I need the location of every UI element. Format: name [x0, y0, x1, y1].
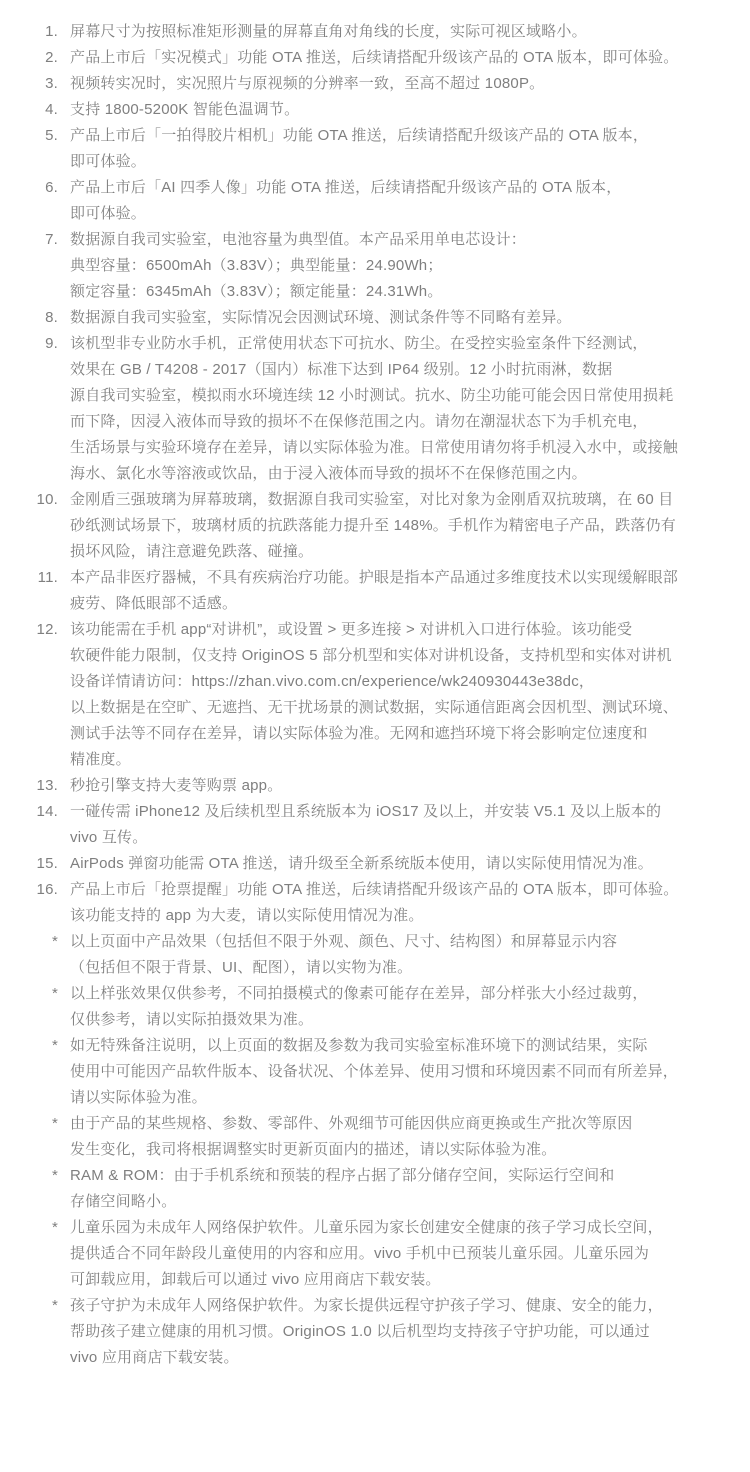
footnote-marker: 14. — [0, 799, 58, 825]
footnote-item: 14.一碰传需 iPhone12 及后续机型且系统版本为 iOS17 及以上，并… — [0, 799, 724, 851]
footnote-marker: 2. — [0, 45, 58, 71]
footnote-text: 支持 1800-5200K 智能色温调节。 — [70, 97, 718, 123]
footnote-marker: * — [0, 981, 58, 1007]
footnote-item: 3.视频转实况时，实况照片与原视频的分辨率一致，至高不超过 1080P。 — [0, 71, 724, 97]
footnote-text: 由于产品的某些规格、参数、零部件、外观细节可能因供应商更换或生产批次等原因 发生… — [70, 1111, 718, 1163]
footnote-marker: 12. — [0, 617, 58, 643]
footnote-item: 16.产品上市后「抢票提醒」功能 OTA 推送，后续请搭配升级该产品的 OTA … — [0, 877, 724, 929]
footnote-marker: 9. — [0, 331, 58, 357]
footnote-item: 8.数据源自我司实验室，实际情况会因测试环境、测试条件等不同略有差异。 — [0, 305, 724, 331]
footnote-marker: 15. — [0, 851, 58, 877]
footnote-text: 数据源自我司实验室，实际情况会因测试环境、测试条件等不同略有差异。 — [70, 305, 718, 331]
footnote-marker: * — [0, 1111, 58, 1137]
footnote-marker: * — [0, 1033, 58, 1059]
footnote-text: 以上页面中产品效果（包括但不限于外观、颜色、尺寸、结构图）和屏幕显示内容 （包括… — [70, 929, 718, 981]
footnote-text: 本产品非医疗器械，不具有疾病治疗功能。护眼是指本产品通过多维度技术以实现缓解眼部… — [70, 565, 718, 617]
footnote-item: 13.秒抢引擎支持大麦等购票 app。 — [0, 773, 724, 799]
footnote-text: 以上样张效果仅供参考，不同拍摄模式的像素可能存在差异，部分样张大小经过裁剪， 仅… — [70, 981, 718, 1033]
footnote-marker: 11. — [0, 565, 58, 591]
footnote-item: 6.产品上市后「AI 四季人像」功能 OTA 推送，后续请搭配升级该产品的 OT… — [0, 175, 724, 227]
footnote-text: 秒抢引擎支持大麦等购票 app。 — [70, 773, 718, 799]
footnote-marker: * — [0, 929, 58, 955]
footnote-marker: 4. — [0, 97, 58, 123]
footnote-text: 孩子守护为未成年人网络保护软件。为家长提供远程守护孩子学习、健康、安全的能力， … — [70, 1293, 718, 1371]
footnote-item: 9.该机型非专业防水手机，正常使用状态下可抗水、防尘。在受控实验室条件下经测试，… — [0, 331, 724, 487]
footnote-marker: 6. — [0, 175, 58, 201]
footnote-text: AirPods 弹窗功能需 OTA 推送，请升级至全新系统版本使用，请以实际使用… — [70, 851, 718, 877]
footnote-marker: 7. — [0, 227, 58, 253]
footnote-marker: * — [0, 1163, 58, 1189]
footnote-marker: 1. — [0, 19, 58, 45]
footnote-marker: 5. — [0, 123, 58, 149]
footnote-marker: 3. — [0, 71, 58, 97]
footnote-text: 屏幕尺寸为按照标准矩形测量的屏幕直角对角线的长度，实际可视区域略小。 — [70, 19, 718, 45]
footnote-item: 10.金刚盾三强玻璃为屏幕玻璃，数据源自我司实验室，对比对象为金刚盾双抗玻璃，在… — [0, 487, 724, 565]
footnote-text: 该功能需在手机 app“对讲机”，或设置 > 更多连接 > 对讲机入口进行体验。… — [70, 617, 718, 773]
footnote-text: 儿童乐园为未成年人网络保护软件。儿童乐园为家长创建安全健康的孩子学习成长空间， … — [70, 1215, 718, 1293]
footnote-marker: 8. — [0, 305, 58, 331]
footnote-item: 2.产品上市后「实况模式」功能 OTA 推送，后续请搭配升级该产品的 OTA 版… — [0, 45, 724, 71]
disclaimer-page: 1.屏幕尺寸为按照标准矩形测量的屏幕直角对角线的长度，实际可视区域略小。2.产品… — [0, 0, 750, 1472]
footnote-item: *由于产品的某些规格、参数、零部件、外观细节可能因供应商更换或生产批次等原因 发… — [0, 1111, 724, 1163]
footnote-text: 数据源自我司实验室，电池容量为典型值。本产品采用单电芯设计： 典型容量：6500… — [70, 227, 718, 305]
footnote-item: 11.本产品非医疗器械，不具有疾病治疗功能。护眼是指本产品通过多维度技术以实现缓… — [0, 565, 724, 617]
footnote-text: 产品上市后「一拍得胶片相机」功能 OTA 推送，后续请搭配升级该产品的 OTA … — [70, 123, 718, 175]
footnote-item: *如无特殊备注说明，以上页面的数据及参数为我司实验室标准环境下的测试结果，实际 … — [0, 1033, 724, 1111]
footnote-text: 视频转实况时，实况照片与原视频的分辨率一致，至高不超过 1080P。 — [70, 71, 718, 97]
footnote-item: 5.产品上市后「一拍得胶片相机」功能 OTA 推送，后续请搭配升级该产品的 OT… — [0, 123, 724, 175]
footnote-marker: * — [0, 1215, 58, 1241]
footnote-item: 1.屏幕尺寸为按照标准矩形测量的屏幕直角对角线的长度，实际可视区域略小。 — [0, 19, 724, 45]
footnote-item: *孩子守护为未成年人网络保护软件。为家长提供远程守护孩子学习、健康、安全的能力，… — [0, 1293, 724, 1371]
footnote-item: *RAM & ROM：由于手机系统和预装的程序占据了部分储存空间，实际运行空间和… — [0, 1163, 724, 1215]
footnote-item: *儿童乐园为未成年人网络保护软件。儿童乐园为家长创建安全健康的孩子学习成长空间，… — [0, 1215, 724, 1293]
footnote-text: 该机型非专业防水手机，正常使用状态下可抗水、防尘。在受控实验室条件下经测试， 效… — [70, 331, 718, 487]
footnote-text: 产品上市后「抢票提醒」功能 OTA 推送，后续请搭配升级该产品的 OTA 版本，… — [70, 877, 718, 929]
footnote-text: 金刚盾三强玻璃为屏幕玻璃，数据源自我司实验室，对比对象为金刚盾双抗玻璃，在 60… — [70, 487, 718, 565]
footnote-item: 12.该功能需在手机 app“对讲机”，或设置 > 更多连接 > 对讲机入口进行… — [0, 617, 724, 773]
footnote-item: 4.支持 1800-5200K 智能色温调节。 — [0, 97, 724, 123]
footnote-text: 一碰传需 iPhone12 及后续机型且系统版本为 iOS17 及以上，并安装 … — [70, 799, 718, 851]
footnote-item: *以上样张效果仅供参考，不同拍摄模式的像素可能存在差异，部分样张大小经过裁剪， … — [0, 981, 724, 1033]
footnote-marker: 16. — [0, 877, 58, 903]
footnote-text: 产品上市后「实况模式」功能 OTA 推送，后续请搭配升级该产品的 OTA 版本，… — [70, 45, 718, 71]
footnotes-list: 1.屏幕尺寸为按照标准矩形测量的屏幕直角对角线的长度，实际可视区域略小。2.产品… — [0, 19, 724, 1371]
footnote-marker: * — [0, 1293, 58, 1319]
footnote-text: 如无特殊备注说明，以上页面的数据及参数为我司实验室标准环境下的测试结果，实际 使… — [70, 1033, 718, 1111]
footnote-marker: 13. — [0, 773, 58, 799]
footnote-item: 7.数据源自我司实验室，电池容量为典型值。本产品采用单电芯设计： 典型容量：65… — [0, 227, 724, 305]
footnote-text: 产品上市后「AI 四季人像」功能 OTA 推送，后续请搭配升级该产品的 OTA … — [70, 175, 718, 227]
footnote-marker: 10. — [0, 487, 58, 513]
footnote-item: 15.AirPods 弹窗功能需 OTA 推送，请升级至全新系统版本使用，请以实… — [0, 851, 724, 877]
footnote-item: *以上页面中产品效果（包括但不限于外观、颜色、尺寸、结构图）和屏幕显示内容 （包… — [0, 929, 724, 981]
footnote-text: RAM & ROM：由于手机系统和预装的程序占据了部分储存空间，实际运行空间和 … — [70, 1163, 718, 1215]
